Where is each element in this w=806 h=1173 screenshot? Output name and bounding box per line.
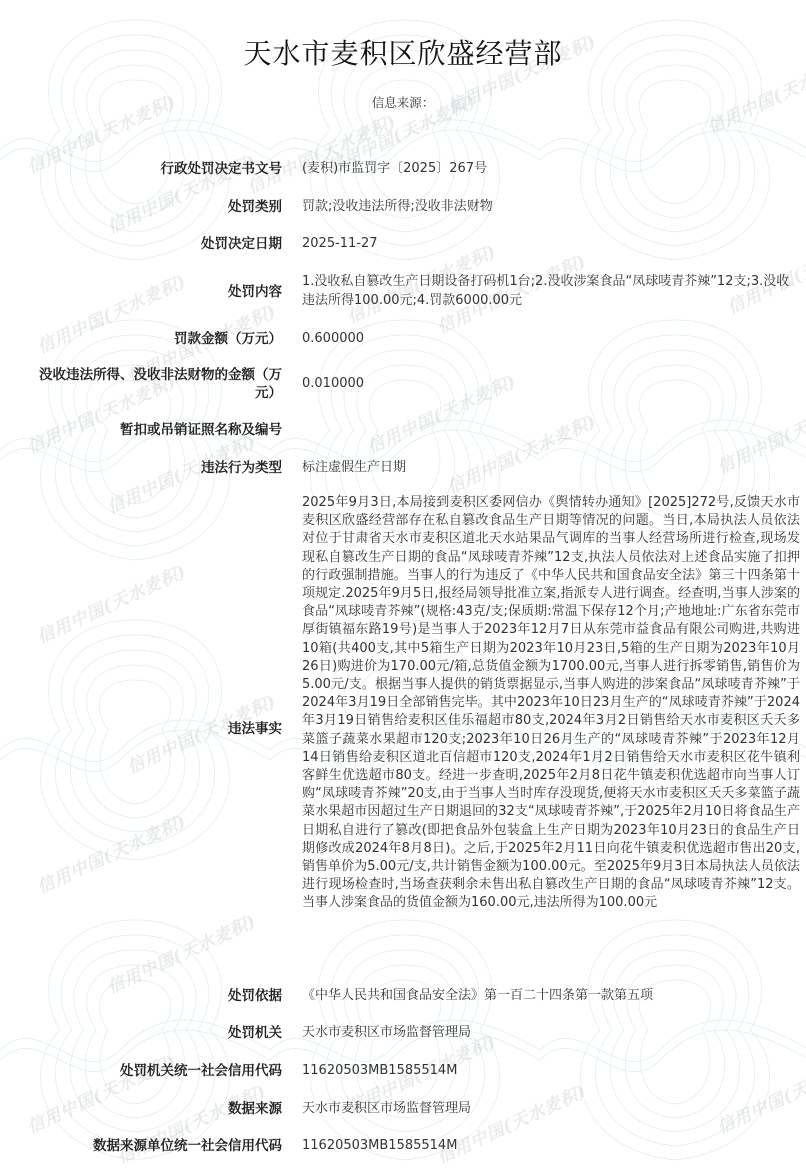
field-label: 没收违法所得、没收非法财物的金额（万元） <box>32 366 282 402</box>
field-label: 行政处罚决定书文号 <box>2 160 282 178</box>
field-label: 处罚内容 <box>2 283 282 301</box>
field-label: 违法行为类型 <box>2 459 282 477</box>
watermark: 信用中国(天水麦积) <box>712 1047 806 1138</box>
field-value: 标注虚假生产日期 <box>302 459 802 478</box>
field-value: (麦积)市监罚字〔2025〕267号 <box>302 160 802 179</box>
field-value: 2025-11-27 <box>302 235 802 254</box>
watermark: 信用中国(天水麦积) <box>32 557 189 648</box>
watermark: 信用中国(天水麦积) <box>32 807 189 898</box>
field-value: 《中华人民共和国食品安全法》第一百二十四条第一款第五项 <box>302 987 802 1006</box>
info-source: 信息来源： <box>0 93 806 111</box>
field-label: 处罚决定日期 <box>2 235 282 253</box>
field-label: 数据来源单位统一社会信用代码 <box>2 1137 282 1155</box>
field-label: 数据来源 <box>2 1100 282 1118</box>
field-label: 处罚依据 <box>2 987 282 1005</box>
page-title: 天水市麦积区欣盛经营部 <box>0 32 806 72</box>
watermark: 信用中国(天水麦积) <box>22 1047 179 1138</box>
watermark: 信用中国(天水麦积) <box>102 907 259 998</box>
field-label: 暂扣或吊销证照名称及编号 <box>2 421 282 439</box>
field-value: 11620503MB1585514M <box>302 1062 802 1081</box>
field-label: 违法事实 <box>2 720 282 738</box>
field-label: 处罚机关统一社会信用代码 <box>2 1062 282 1080</box>
field-value: 0.010000 <box>302 375 802 394</box>
watermark: 信用中国(天水麦积) <box>442 407 599 498</box>
field-value: 0.600000 <box>302 330 802 349</box>
field-value: 2025年9月3日,本局接到麦积区委网信办《舆情转办通知》[2025]272号,… <box>302 494 800 913</box>
field-value: 天水市麦积区市场监督管理局 <box>302 1100 802 1119</box>
field-value: 罚款;没收违法所得;没收非法财物 <box>302 198 802 217</box>
field-label: 处罚机关 <box>2 1024 282 1042</box>
field-value: 1.没收私自篡改生产日期设备打码机1台;2.没收涉案食品“凤球唛青芥辣”12支;… <box>302 273 802 310</box>
watermark: 信用中国(天水麦积) <box>242 107 399 198</box>
field-label: 处罚类别 <box>2 198 282 216</box>
field-label: 罚款金额（万元） <box>2 330 282 348</box>
field-value: 11620503MB1585514M <box>302 1137 802 1156</box>
field-value: 天水市麦积区市场监督管理局 <box>302 1024 802 1043</box>
